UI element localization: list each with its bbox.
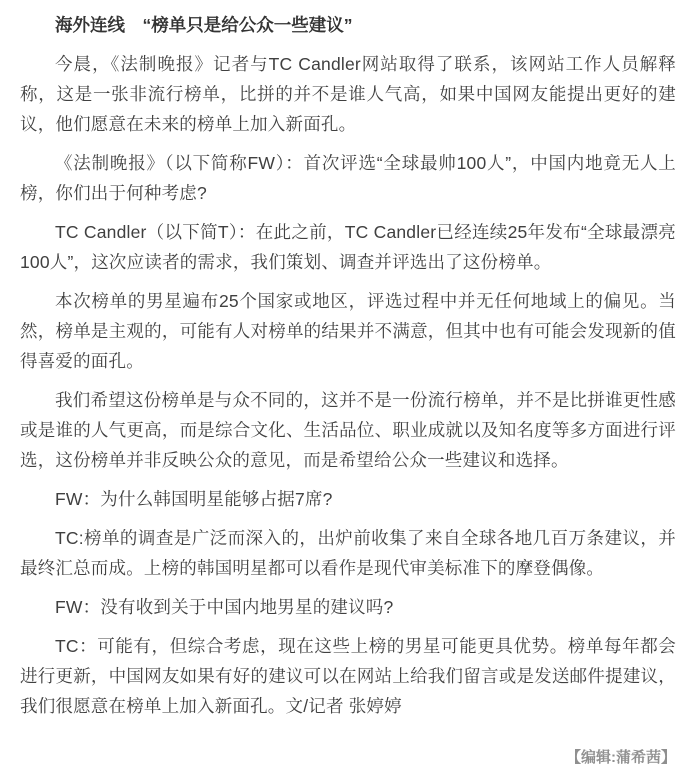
- article-paragraph-answer-2: TC:榜单的调查是广泛而深入的，出炉前收集了来自全球各地几百万条建议，并最终汇总…: [20, 523, 676, 583]
- article-paragraph-question-3: FW：没有收到关于中国内地男星的建议吗?: [20, 592, 676, 622]
- article-title: 海外连线 “榜单只是给公众一些建议”: [20, 10, 676, 40]
- article-paragraph-answer-1: TC Candler（以下简T）：在此之前，TC Candler已经连续25年发…: [20, 217, 676, 277]
- editor-credit: 【编辑:蒲希茜】: [20, 747, 676, 769]
- article-paragraph-question-1: 《法制晚报》（以下简称FW）：首次评选“全球最帅100人”，中国内地竟无人上榜，…: [20, 148, 676, 208]
- article-paragraph-answer-3: TC：可能有，但综合考虑，现在这些上榜的男星可能更具优势。榜单每年都会进行更新，…: [20, 631, 676, 721]
- article-paragraph-question-2: FW：为什么韩国明星能够占据7席?: [20, 484, 676, 514]
- article-paragraph-intro: 今晨，《法制晚报》记者与TC Candler网站取得了联系，该网站工作人员解释称…: [20, 49, 676, 139]
- article-paragraph-answer-1c: 我们希望这份榜单是与众不同的，这并不是一份流行榜单，并不是比拼谁更性感或是谁的人…: [20, 385, 676, 475]
- article-paragraph-answer-1b: 本次榜单的男星遍布25个国家或地区，评选过程中并无任何地域上的偏见。当然，榜单是…: [20, 286, 676, 376]
- news-article: 海外连线 “榜单只是给公众一些建议” 今晨，《法制晚报》记者与TC Candle…: [0, 0, 695, 769]
